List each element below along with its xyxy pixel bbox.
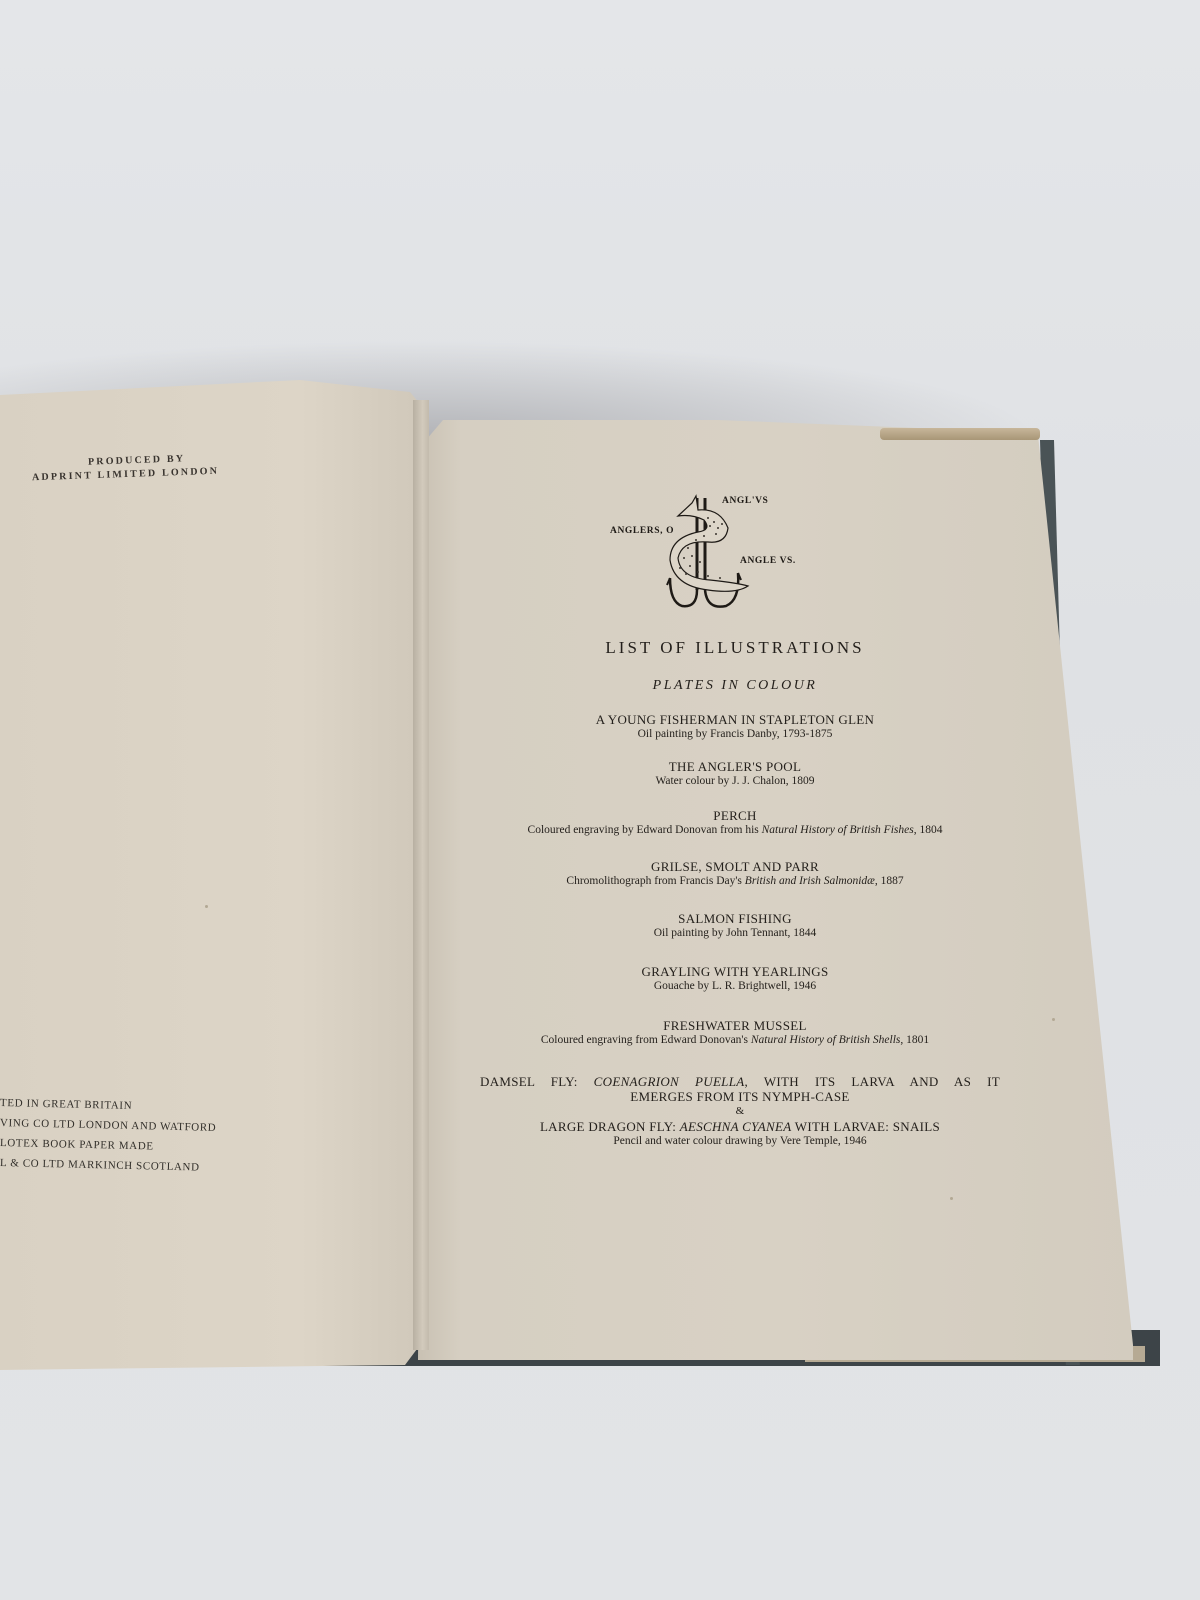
- list-item: A YOUNG FISHERMAN IN STAPLETON GLEN Oil …: [470, 712, 1000, 741]
- list-item: FRESHWATER MUSSEL Coloured engraving fro…: [470, 1018, 1000, 1047]
- entry-title: GRILSE, SMOLT AND PARR: [470, 859, 1000, 874]
- entry-title: GRAYLING WITH YEARLINGS: [470, 964, 1000, 979]
- paper-speck: [205, 905, 208, 908]
- list-item: SALMON FISHING Oil painting by John Tenn…: [470, 911, 1000, 940]
- entry-title: FRESHWATER MUSSEL: [470, 1018, 1000, 1033]
- emblem-label-bottom-right: ANGLE VS.: [740, 556, 796, 566]
- species-name: COENAGRION PUELLA: [594, 1074, 745, 1089]
- title-text: , WITH ITS LARVA AND AS IT: [745, 1074, 1001, 1089]
- desc-year: , 1887: [875, 875, 904, 887]
- desc-text: Chromolithograph from Francis Day's: [566, 875, 744, 887]
- entry-description: Coloured engraving by Edward Donovan fro…: [470, 823, 1000, 837]
- entry-description: Chromolithograph from Francis Day's Brit…: [470, 874, 1000, 888]
- entry-description: Pencil and water colour drawing by Vere …: [480, 1134, 1000, 1148]
- emblem-label-left: ANGLERS, O: [610, 526, 674, 536]
- title-text: WITH LARVAE: SNAILS: [791, 1119, 940, 1134]
- desc-italic-title: British and Irish Salmonidæ: [745, 875, 875, 887]
- entry-title-line-1: DAMSEL FLY: COENAGRION PUELLA, WITH ITS …: [480, 1074, 1000, 1089]
- fish-hook-icon: [600, 478, 840, 618]
- fish-on-hooks-emblem: ANGLERS, O ANGL'VS ANGLE VS.: [600, 478, 840, 618]
- desc-text: Coloured engraving by Edward Donovan fro…: [528, 824, 762, 836]
- entry-description: Water colour by J. J. Chalon, 1809: [470, 774, 1000, 788]
- paper-speck: [950, 1197, 953, 1200]
- list-item: PERCH Coloured engraving by Edward Donov…: [470, 808, 1000, 837]
- title-text: DAMSEL FLY:: [480, 1074, 594, 1089]
- entry-title: PERCH: [470, 808, 1000, 823]
- entry-description: Coloured engraving from Edward Donovan's…: [470, 1033, 1000, 1047]
- page-top-curl: [880, 428, 1040, 440]
- emblem-label-top-right: ANGL'VS: [722, 496, 768, 506]
- entry-description: Gouache by L. R. Brightwell, 1946: [470, 979, 1000, 993]
- paper-speck: [1052, 1018, 1055, 1021]
- species-name: AESCHNA CYANEA: [680, 1119, 792, 1134]
- list-item: GRAYLING WITH YEARLINGS Gouache by L. R.…: [470, 964, 1000, 993]
- desc-italic-title: Natural History of British Fishes: [762, 824, 914, 836]
- entry-description: Oil painting by Francis Danby, 1793-1875: [470, 727, 1000, 741]
- list-item: THE ANGLER'S POOL Water colour by J. J. …: [470, 759, 1000, 788]
- desc-year: , 1804: [914, 824, 943, 836]
- book-gutter: [413, 400, 429, 1350]
- desc-year: , 1801: [900, 1034, 929, 1046]
- title-text: LARGE DRAGON FLY:: [540, 1119, 680, 1134]
- section-subtitle: PLATES IN COLOUR: [470, 678, 1000, 694]
- entry-title: THE ANGLER'S POOL: [470, 759, 1000, 774]
- entry-title: A YOUNG FISHERMAN IN STAPLETON GLEN: [470, 712, 1000, 727]
- entry-title-line-3: LARGE DRAGON FLY: AESCHNA CYANEA WITH LA…: [480, 1119, 1000, 1134]
- list-item: GRILSE, SMOLT AND PARR Chromolithograph …: [470, 859, 1000, 888]
- entry-description: Oil painting by John Tennant, 1844: [470, 926, 1000, 940]
- ampersand: &: [480, 1104, 1000, 1119]
- entry-title: SALMON FISHING: [470, 911, 1000, 926]
- entry-title-line-2: EMERGES FROM ITS NYMPH-CASE: [480, 1089, 1000, 1104]
- left-page: [0, 380, 430, 1370]
- page-title: LIST OF ILLUSTRATIONS: [470, 638, 1000, 658]
- desc-text: Coloured engraving from Edward Donovan's: [541, 1034, 751, 1046]
- desc-italic-title: Natural History of British Shells: [751, 1034, 901, 1046]
- list-item-final: DAMSEL FLY: COENAGRION PUELLA, WITH ITS …: [480, 1074, 1000, 1148]
